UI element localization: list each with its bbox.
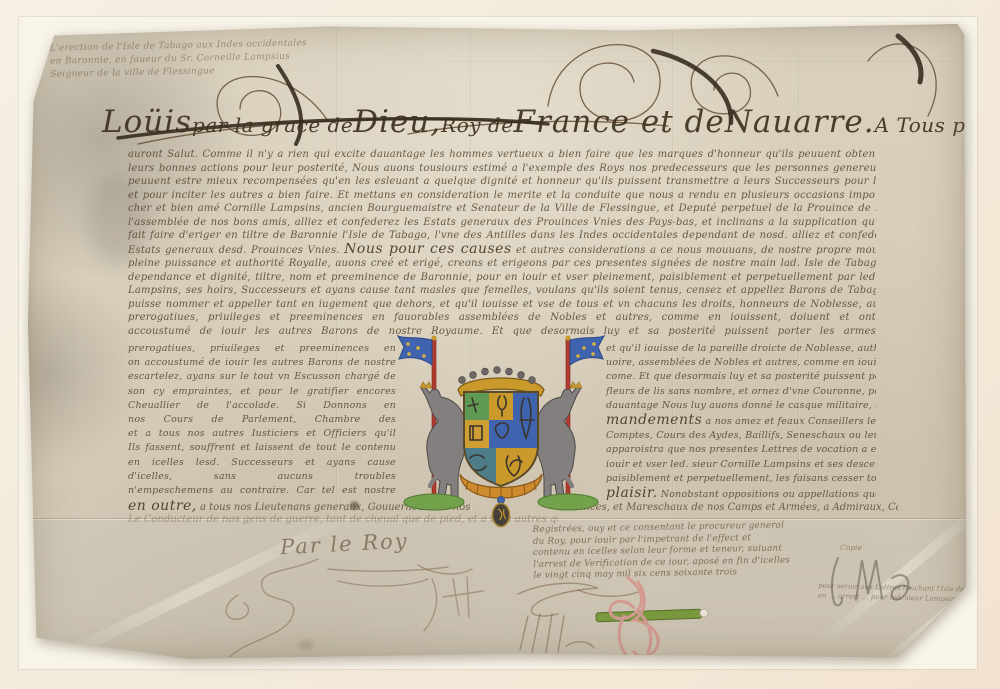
text-line: on accoustumé de iouir les autres Barons…: [128, 356, 396, 370]
framed-document-photo: L'erection de l'Isle de Tabago aux Indes…: [0, 0, 1000, 689]
fleur-de-lis-banner-left: [398, 336, 432, 365]
text-line: prerogatiues, priuileges et preeminences…: [128, 342, 396, 356]
text-fragment: a nos amez et feaux Conseillers les gens…: [702, 416, 876, 427]
parchment-wrap: L'erection de l'Isle de Tabago aux Indes…: [0, 0, 1000, 689]
text-line: iouir et vser led. sieur Cornille Lampsi…: [606, 458, 876, 472]
left-text-column: prerogatiues, priuileges et preeminences…: [128, 342, 396, 498]
text-line: n'empeschemens au contraire. Car tel est…: [128, 484, 396, 498]
text-fragment: Estats generaux desd. Prouinces Vnies.: [128, 245, 344, 256]
text-line: auront Salut. Comme il n'y a rien qui ex…: [128, 148, 876, 162]
text-line: escartelez, ayans sur le tout vn Escusso…: [128, 370, 396, 384]
text-line: dependance et dignité, tiltre, nom et pr…: [128, 271, 876, 285]
text-line: l'assemblée de nos bons amis, alliez et …: [128, 216, 876, 230]
text-line: peuuent estre mieux recompensées qu'en l…: [128, 175, 876, 189]
emphasized-phrase: mandements: [606, 413, 702, 428]
seal-ribbon-and-cord: [568, 572, 748, 680]
text-line: et qu'il iouisse de la pareille droicte …: [606, 342, 876, 356]
text-line: Lampsins, ses hoirs, Successeurs et ayan…: [128, 284, 876, 298]
right-text-column: et qu'il iouisse de la pareille droicte …: [606, 342, 876, 502]
text-line: puisse nommer et appeller tant en iugeme…: [128, 298, 876, 312]
text-line: Cheuallier de l'accolade. Si Donnons en: [128, 399, 396, 413]
quartered-shield: [464, 392, 538, 488]
text-line: come. Et que desormais luy et sa posteri…: [606, 370, 876, 384]
text-line: et pour inciter les autres a bien faire.…: [128, 189, 876, 203]
text-line: d'icelles, sans aucuns troubles: [128, 470, 396, 484]
ribbon-end-bead: [700, 609, 708, 617]
text-fragment: et autres considerations a ce nous mouua…: [512, 245, 876, 256]
text-line: son cy empraintes, et pour le gratifier …: [128, 385, 396, 399]
text-line: paisiblement et perpetuellement, les fai…: [606, 472, 876, 486]
text-line: et a tous nos autres Iusticiers et Offic…: [128, 427, 396, 441]
heading-word: Nauarre.: [725, 104, 875, 140]
grass-mound-right: [538, 494, 598, 510]
text-line: uoire, assemblées de Nobles et autres, c…: [606, 356, 876, 370]
text-line: Ils fassent, souffrent et laissent de to…: [128, 441, 396, 455]
text-line: fait faire d'eriger en tiltre de Baronni…: [128, 229, 876, 243]
text-line: dauantage Nous luy auons donné le casque…: [606, 399, 876, 413]
heading-word: Roy de: [441, 113, 513, 137]
emphasized-phrase: en outre,: [128, 498, 197, 514]
text-line: prerogatiues, priuileges et preeminences…: [128, 311, 876, 325]
text-line: Estats generaux desd. Prouinces Vnies. N…: [128, 243, 876, 258]
text-line: nos Cours de Parlement, Chambre des: [128, 413, 396, 427]
text-line: Comptes, Cours des Aydes, Baillifs, Sene…: [606, 429, 876, 443]
fleur-de-lis-banner-right: [570, 336, 604, 365]
text-line: apparoistra que nos presentes Lettres de…: [606, 443, 876, 457]
heading-word: A Tous presens: [875, 113, 1000, 137]
text-line: pleine puissance et authorité Royalle, a…: [128, 257, 876, 271]
heading-word: Dieu,: [353, 104, 441, 140]
text-line: mandements a nos amez et feaux Conseille…: [606, 413, 876, 429]
opening-protocol: Loüis par la grace de Dieu, Roy de Franc…: [102, 104, 902, 140]
text-fragment: Prouinces, et Mareschaux de nos Camps et…: [556, 502, 898, 513]
coat-of-arms: [396, 334, 606, 534]
text-line: leurs bonnes actions pour leur posterité…: [128, 162, 876, 176]
heading-word: Loüis: [102, 104, 192, 140]
heading-word: par la grace de: [192, 113, 353, 137]
body-text-block: auront Salut. Comme il n'y a rien qui ex…: [128, 148, 876, 338]
grass-mound-left: [404, 494, 464, 510]
heading-word: France et de: [514, 104, 725, 140]
text-line: cher et bien amé Cornille Lampsins, anci…: [128, 202, 876, 216]
pendant-medal: [493, 497, 510, 527]
secretary-signature-flourish: [168, 539, 498, 657]
emphasized-phrase: Nous pour ces causes: [344, 243, 512, 257]
parchment: L'erection de l'Isle de Tabago aux Indes…: [28, 24, 966, 660]
text-line: en icelles lesd. Successeurs et ayans ca…: [128, 456, 396, 470]
text-line: fleurs de lis sans nombre, et ornez d'vn…: [606, 385, 876, 399]
